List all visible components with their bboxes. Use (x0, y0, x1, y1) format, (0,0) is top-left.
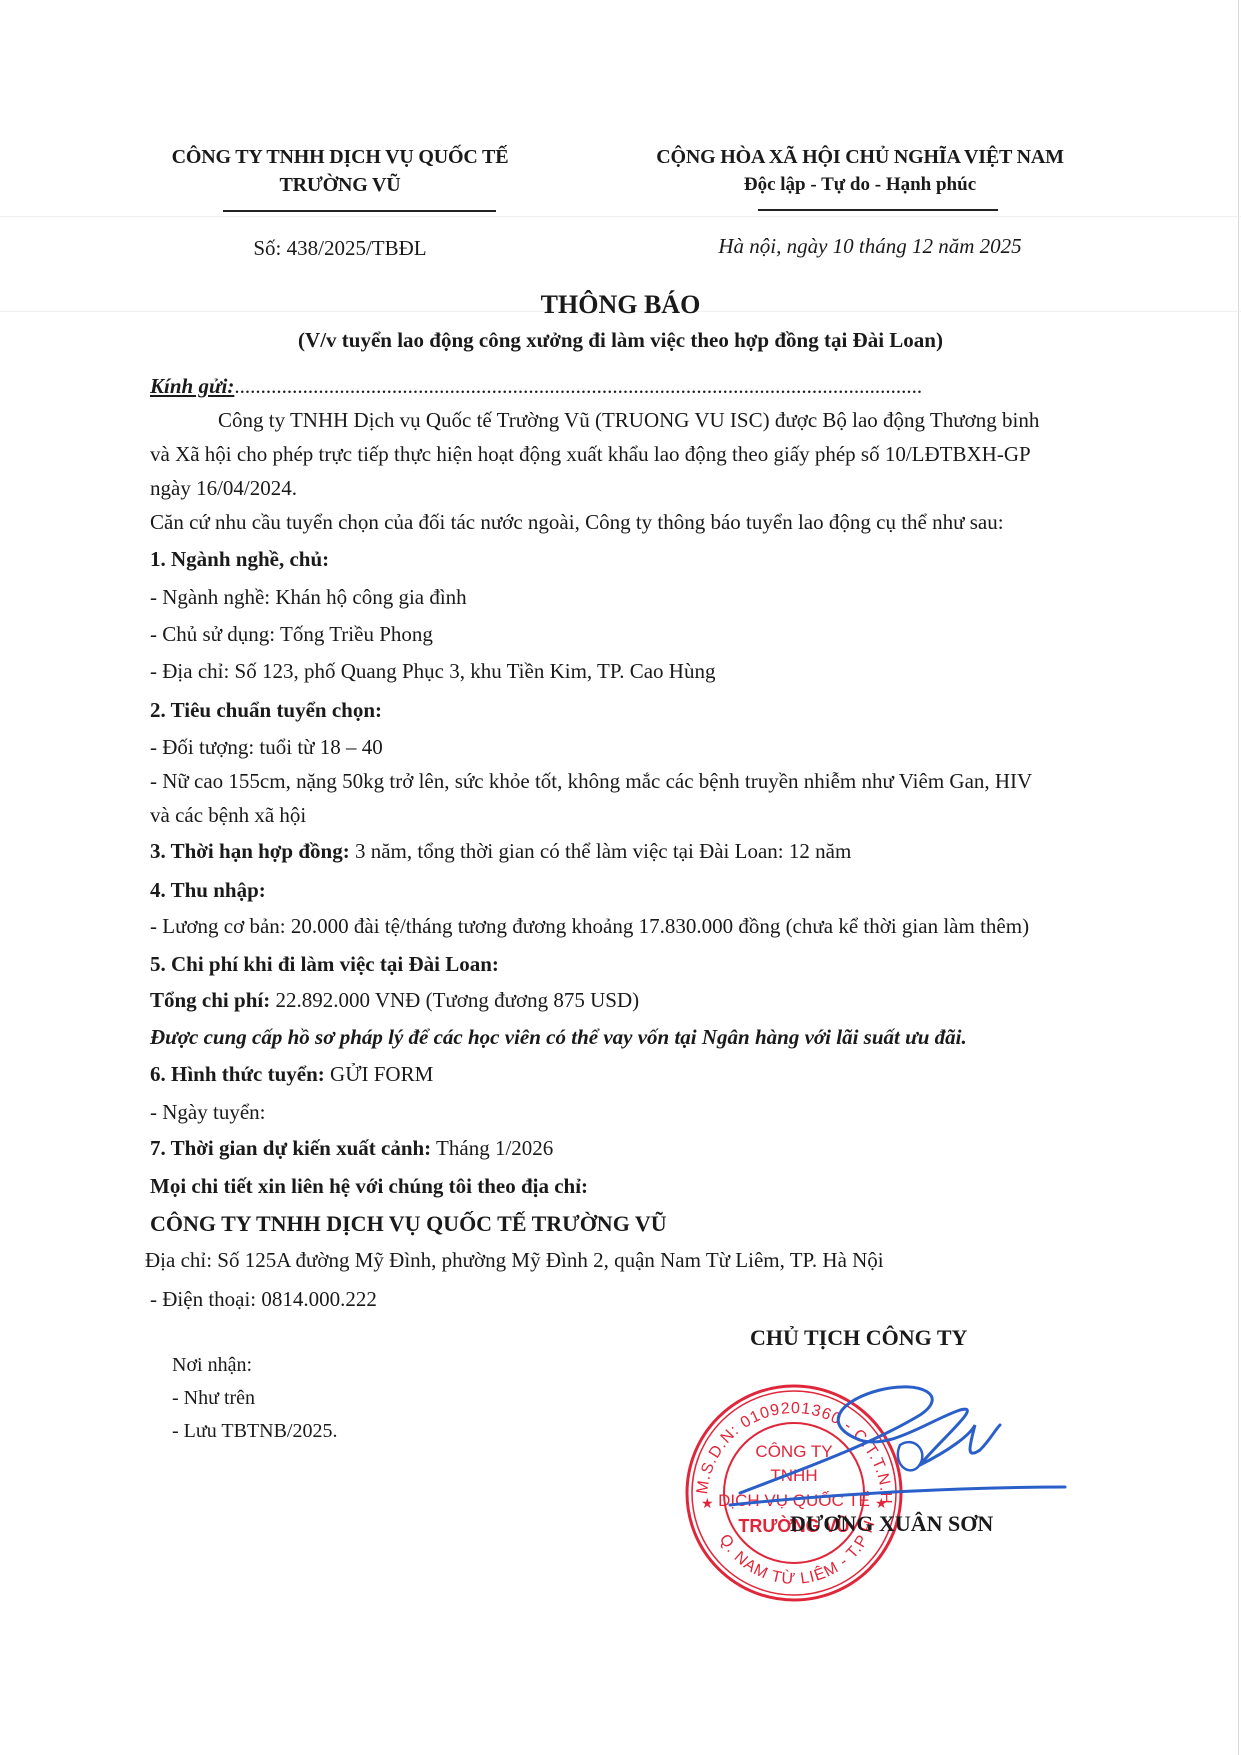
recipient-item: - Lưu TBTNB/2025. (172, 1417, 337, 1445)
section-3: 3. Thời hạn hợp đồng: 3 năm, tổng thời g… (150, 837, 851, 865)
section-2-heading: 2. Tiêu chuẩn tuyển chọn: (150, 696, 382, 724)
section-6-heading: 6. Hình thức tuyển: (150, 1062, 325, 1086)
section-2-item: và các bệnh xã hội (150, 801, 306, 829)
company-name-line1: CÔNG TY TNHH DỊCH VỤ QUỐC TẾ (140, 143, 540, 171)
contact-intro: Mọi chi tiết xin liên hệ với chúng tôi t… (150, 1172, 588, 1200)
place-date: Hà nội, ngày 10 tháng 12 năm 2025 (660, 234, 1080, 259)
contact-company: CÔNG TY TNHH DỊCH VỤ QUỐC TẾ TRƯỜNG VŨ (150, 1210, 667, 1238)
header-left-rule (223, 210, 496, 212)
recipients-label: Nơi nhận: (172, 1351, 252, 1379)
section-4-heading: 4. Thu nhập: (150, 876, 266, 904)
section-1-heading: 1. Ngành nghề, chủ: (150, 545, 329, 573)
signer-name: DƯƠNG XUÂN SƠN (790, 1511, 993, 1537)
total-cost-value: 22.892.000 VNĐ (Tương đương 875 USD) (270, 988, 639, 1012)
section-2-item: - Nữ cao 155cm, nặng 50kg trở lên, sức k… (150, 767, 1032, 795)
section-7-heading: 7. Thời gian dự kiến xuất cảnh: (150, 1136, 431, 1160)
document-subtitle: (V/v tuyển lao động công xưởng đi làm vi… (0, 328, 1241, 353)
section-3-value: 3 năm, tổng thời gian có thể làm việc tạ… (350, 839, 852, 863)
nation-name: CỘNG HÒA XÃ HỘI CHỦ NGHĨA VIỆT NAM (620, 143, 1100, 171)
recipient-item: - Như trên (172, 1384, 255, 1412)
intro-line-2: và Xã hội cho phép trực tiếp thực hiện h… (150, 440, 1031, 468)
intro-line-4: Căn cứ nhu cầu tuyển chọn của đối tác nư… (150, 508, 1004, 536)
section-7-value: Tháng 1/2026 (431, 1136, 553, 1160)
salutation: Kính gửi:...............................… (150, 372, 922, 400)
intro-line-1: Công ty TNHH Dịch vụ Quốc tế Trường Vũ (… (218, 406, 1039, 434)
section-6-value: GỬI FORM (325, 1062, 433, 1086)
section-1-item: - Ngành nghề: Khán hộ công gia đình (150, 583, 467, 611)
section-7: 7. Thời gian dự kiến xuất cảnh: Tháng 1/… (150, 1134, 553, 1162)
contact-phone: - Điện thoại: 0814.000.222 (150, 1285, 377, 1313)
page-edge (1238, 0, 1239, 1755)
scan-artifact-line (0, 216, 1241, 217)
company-name-line2: TRƯỜNG VŨ (140, 171, 540, 199)
salutation-label: Kính gửi: (150, 374, 234, 398)
section-3-heading: 3. Thời hạn hợp đồng: (150, 839, 350, 863)
section-5-total: Tổng chi phí: 22.892.000 VNĐ (Tương đươn… (150, 986, 639, 1014)
section-5-heading: 5. Chi phí khi đi làm việc tại Đài Loan: (150, 950, 499, 978)
section-1-item: - Địa chỉ: Số 123, phố Quang Phục 3, khu… (150, 657, 715, 685)
intro-line-3: ngày 16/04/2024. (150, 474, 297, 502)
total-cost-label: Tổng chi phí: (150, 988, 270, 1012)
signature-title: CHỦ TỊCH CÔNG TY (750, 1325, 967, 1351)
svg-text:★: ★ (701, 1495, 714, 1511)
section-6: 6. Hình thức tuyển: GỬI FORM (150, 1060, 433, 1088)
section-1-item: - Chủ sử dụng: Tống Triều Phong (150, 620, 433, 648)
header-left: CÔNG TY TNHH DỊCH VỤ QUỐC TẾ TRƯỜNG VŨ (140, 143, 540, 199)
loan-note: Được cung cấp hồ sơ pháp lý để các học v… (150, 1023, 967, 1051)
header-right-rule (758, 209, 998, 211)
section-6-item: - Ngày tuyển: (150, 1098, 265, 1126)
salutation-dots: ........................................… (234, 374, 922, 398)
contact-address: Địa chỉ: Số 125A đường Mỹ Đình, phường M… (145, 1246, 884, 1274)
section-4-item: - Lương cơ bản: 20.000 đài tệ/tháng tươn… (150, 912, 1029, 940)
document-number: Số: 438/2025/TBĐL (190, 236, 490, 261)
national-motto: Độc lập - Tự do - Hạnh phúc (620, 171, 1100, 199)
section-2-item: - Đối tượng: tuổi từ 18 – 40 (150, 733, 383, 761)
document-title: THÔNG BÁO (0, 290, 1241, 320)
header-right: CỘNG HÒA XÃ HỘI CHỦ NGHĨA VIỆT NAM Độc l… (620, 143, 1100, 199)
